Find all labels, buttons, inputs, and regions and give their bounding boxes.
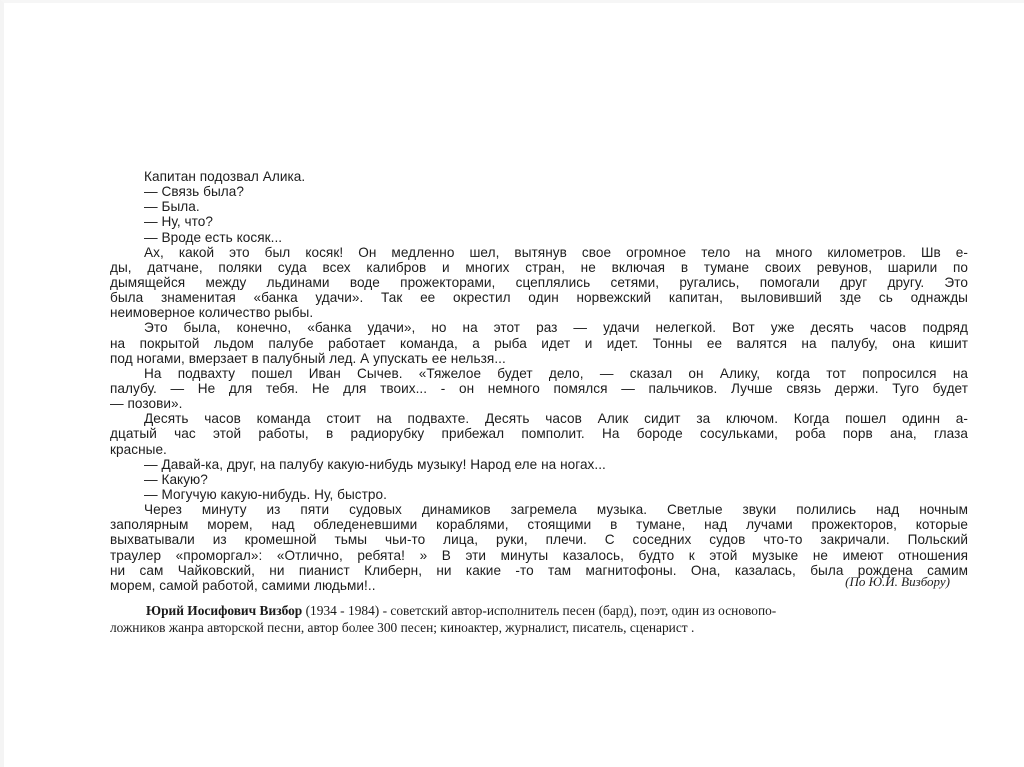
story-line: Это была, конечно, «банка удачи», но на … xyxy=(110,320,968,335)
story-line: на покрытой льдом палубе работает команд… xyxy=(110,336,968,351)
story-line: — Вроде есть косяк... xyxy=(110,230,968,245)
story-line: — Ну, что? xyxy=(110,214,968,229)
story-line: — Была. xyxy=(110,199,968,214)
story-line: На подвахту пошел Иван Сычев. «Тяжелое б… xyxy=(110,366,968,381)
story-line: — позови». xyxy=(110,396,968,411)
story-line: — Какую? xyxy=(110,472,968,487)
story-line: — Давай-ка, друг, на палубу какую-нибудь… xyxy=(110,457,968,472)
story-line: палубу. — Не для тебя. Не для твоих... -… xyxy=(110,381,968,396)
story-line: неимоверное количество рыбы. xyxy=(110,305,968,320)
bio-line-1-rest: (1934 - 1984) - советский автор-исполнит… xyxy=(302,603,776,618)
bio-line-2: ложников жанра авторской песни, автор бо… xyxy=(110,619,840,636)
story-line: красные. xyxy=(110,442,968,457)
story-line: — Связь была? xyxy=(110,184,968,199)
story-line: траулер «проморгал»: «Отлично, ребята! »… xyxy=(110,548,968,563)
author-bio: Юрий Иосифович Визбор (1934 - 1984) - со… xyxy=(110,602,840,636)
story-line: Капитан подозвал Алика. xyxy=(110,169,968,184)
story-line: Через минуту из пяти судовых динамиков з… xyxy=(110,502,968,517)
story-line: выхватывали из кромешной тьмы чьи-то лиц… xyxy=(110,532,968,547)
story-line: Ах, какой это был косяк! Он медленно шел… xyxy=(110,245,968,260)
bio-line-1: Юрий Иосифович Визбор (1934 - 1984) - со… xyxy=(110,602,840,619)
story-line: заполярным морем, над обледеневшими кора… xyxy=(110,517,968,532)
source-attribution: (По Ю.И. Визбору) xyxy=(845,574,950,590)
story-line: ды, датчане, поляки суда всех калибров и… xyxy=(110,260,968,275)
slide: Капитан подозвал Алика.— Связь была?— Бы… xyxy=(0,0,1024,767)
story-line: была знаменитая «банка удачи». Так ее ок… xyxy=(110,290,968,305)
story-line: под ногами, вмерзает в палубный лед. А у… xyxy=(110,351,968,366)
story-line: дымящейся между льдинами воде прожектора… xyxy=(110,275,968,290)
story-line: — Могучую какую-нибудь. Ну, быстро. xyxy=(110,487,968,502)
author-name: Юрий Иосифович Визбор xyxy=(146,603,302,618)
story-line: ни сам Чайковский, ни пианист Клиберн, н… xyxy=(110,563,968,578)
story-line: дцатый час этой работы, в радиорубку при… xyxy=(110,426,968,441)
story-text: Капитан подозвал Алика.— Связь была?— Бы… xyxy=(110,169,968,593)
story-line: морем, самой работой, самими людьми!.. xyxy=(110,578,968,593)
story-line: Десять часов команда стоит на подвахте. … xyxy=(110,411,968,426)
